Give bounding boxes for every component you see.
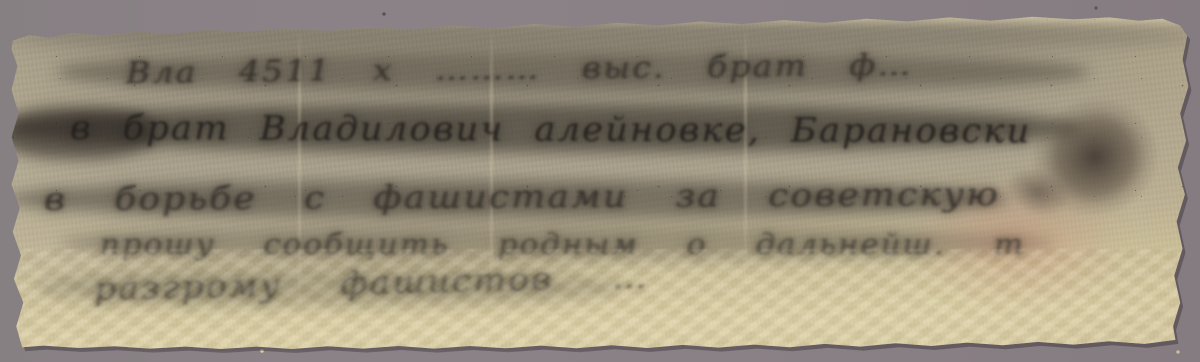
- paper-wrinkle-texture: [8, 249, 1192, 350]
- scanned-photo-background: Вла 4511 х ……… выс. брат ф… в брат Влади…: [0, 0, 1200, 362]
- handwriting-line-2: в брат Владилович алейновке, Барановски: [70, 108, 1031, 151]
- handwriting-line-3: в борьбе с фашистами за советскую: [44, 175, 1000, 218]
- paper-scrap: Вла 4511 х ……… выс. брат ф… в брат Влади…: [8, 12, 1192, 350]
